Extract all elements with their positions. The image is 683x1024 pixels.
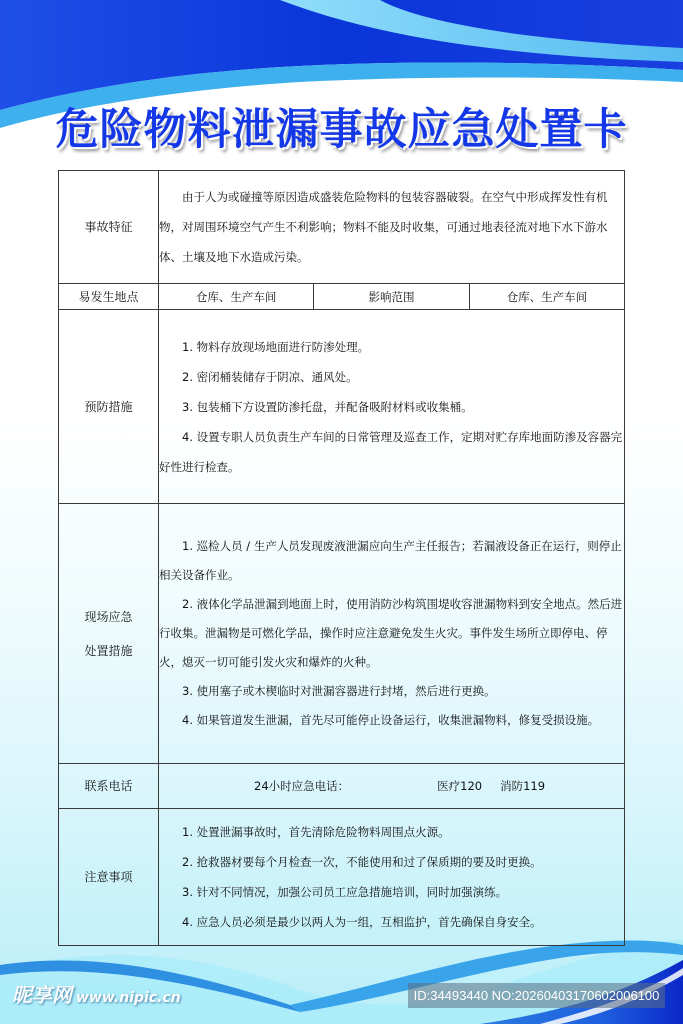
- site-name: 昵享网: [12, 983, 72, 1007]
- label-accident-features: 事故特征: [59, 171, 159, 284]
- label-onsite-response-line2: 处置措施: [59, 634, 158, 668]
- notes-list: 1. 处置泄漏事故时，首先清除危险物料周围点火源。 2. 抢救器材要每个月检查一…: [159, 809, 625, 946]
- prevention-item: 3. 包装桶下方设置防渗托盘，并配备吸附材料或收集桶。: [159, 392, 624, 422]
- prevention-item: 1. 物料存放现场地面进行防渗处理。: [159, 332, 624, 362]
- row-contact: 联系电话 24小时应急电话： 医疗120 消防119: [59, 764, 625, 809]
- notes-item: 2. 抢救器材要每个月检查一次，不能使用和过了保质期的要及时更换。: [159, 847, 624, 877]
- site-url: www.nipic.cn: [76, 990, 181, 1006]
- medical-number: 医疗120: [437, 778, 482, 794]
- onsite-response-item: 2. 液体化学品泄漏到地面上时，使用消防沙构筑围堤收容泄漏物料到安全地点。然后进…: [159, 590, 624, 677]
- notes-item: 3. 针对不同情况，加强公司员工应急措施培训，同时加强演练。: [159, 877, 624, 907]
- contact-info: 24小时应急电话： 医疗120 消防119: [159, 764, 625, 809]
- accident-features-text: 由于人为或碰撞等原因造成盛装危险物料的包装容器破裂。在空气中形成挥发性有机物，对…: [159, 171, 625, 284]
- fire-number: 消防119: [500, 778, 545, 794]
- row-notes: 注意事项 1. 处置泄漏事故时，首先清除危险物料周围点火源。 2. 抢救器材要每…: [59, 809, 625, 946]
- prevention-list: 1. 物料存放现场地面进行防渗处理。 2. 密闭桶装储存于阴凉、通风处。 3. …: [159, 310, 625, 504]
- label-onsite-response-line1: 现场应急: [59, 600, 158, 634]
- prevention-item: 4. 设置专职人员负责生产车间的日常管理及巡查工作，定期对贮存库地面防渗及容器完…: [159, 422, 624, 482]
- emergency-card-table: 事故特征 由于人为或碰撞等原因造成盛装危险物料的包装容器破裂。在空气中形成挥发性…: [58, 170, 625, 946]
- row-onsite-response: 现场应急 处置措施 1. 巡检人员 / 生产人员发现废液泄漏应向生产主任报告；若…: [59, 504, 625, 764]
- site-watermark: 昵享网www.nipic.cn: [12, 979, 181, 1008]
- row-accident-features: 事故特征 由于人为或碰撞等原因造成盛装危险物料的包装容器破裂。在空气中形成挥发性…: [59, 171, 625, 284]
- impact-scope-value: 仓库、生产车间: [469, 284, 624, 310]
- label-prevention: 预防措施: [59, 310, 159, 504]
- label-contact: 联系电话: [59, 764, 159, 809]
- accident-features-paragraph: 由于人为或碰撞等原因造成盛装危险物料的包装容器破裂。在空气中形成挥发性有机物，对…: [159, 182, 624, 272]
- label-location: 易发生地点: [59, 284, 159, 310]
- notes-item: 4. 应急人员必须是最少以两人为一组，互相监护，首先确保自身安全。: [159, 907, 624, 937]
- onsite-response-item: 1. 巡检人员 / 生产人员发现废液泄漏应向生产主任报告；若漏液设备正在运行，则…: [159, 532, 624, 590]
- location-value: 仓库、生产车间: [159, 284, 314, 310]
- page-title: 危险物料泄漏事故应急处置卡: [0, 96, 683, 157]
- label-impact-scope: 影响范围: [314, 284, 469, 310]
- hotline-label: 24小时应急电话：: [254, 778, 349, 794]
- notes-item: 1. 处置泄漏事故时，首先清除危险物料周围点火源。: [159, 817, 624, 847]
- row-location: 易发生地点 仓库、生产车间 影响范围 仓库、生产车间: [59, 284, 625, 310]
- onsite-response-item: 4. 如果管道发生泄漏，首先尽可能停止设备运行，收集泄漏物料，修复受损设施。: [159, 706, 624, 735]
- prevention-item: 2. 密闭桶装储存于阴凉、通风处。: [159, 362, 624, 392]
- image-id-watermark: ID:34493440 NO:20260403170602006100: [408, 983, 665, 1008]
- label-notes: 注意事项: [59, 809, 159, 946]
- label-onsite-response: 现场应急 处置措施: [59, 504, 159, 764]
- onsite-response-list: 1. 巡检人员 / 生产人员发现废液泄漏应向生产主任报告；若漏液设备正在运行，则…: [159, 504, 625, 764]
- row-prevention: 预防措施 1. 物料存放现场地面进行防渗处理。 2. 密闭桶装储存于阴凉、通风处…: [59, 310, 625, 504]
- onsite-response-item: 3. 使用塞子或木楔临时对泄漏容器进行封堵，然后进行更换。: [159, 677, 624, 706]
